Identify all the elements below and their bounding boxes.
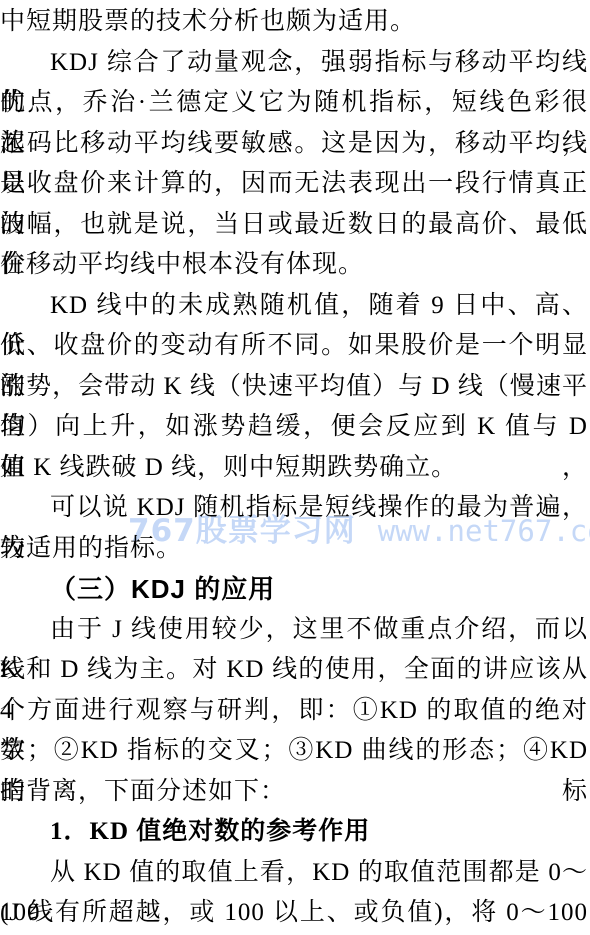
text-line: 以收盘价来计算的，因而无法表现出一段行情真正的 <box>0 164 588 205</box>
text-line: (J 线有所超越，或 100 以上、或负值)，将 0～100 之 <box>0 893 588 934</box>
text-line: 个方面进行观察与研判，即：①KD 的取值的绝对数 <box>0 691 588 732</box>
text-line: 价、收盘价的变动有所不同。如果股价是一个明显的 <box>0 326 588 367</box>
text-line: 优点，乔治·兰德定义它为随机指标，短线色彩很浓， <box>0 83 588 124</box>
text-line: KDJ 综合了动量观念，强弱指标与移动平均线的 <box>0 43 588 84</box>
text-line: 波幅，也就是说，当日或最近数日的最高价、最低价 <box>0 205 588 246</box>
text-line: 在移动平均线中根本没有体现。 <box>0 245 588 286</box>
sub-heading: 1．KD 值绝对数的参考作用 <box>0 812 588 853</box>
section-heading: （三）KDJ 的应用 <box>0 569 588 610</box>
book-page: 767股票学习网 www.net767.com 中短期股票的技术分析也颇为适用。… <box>0 0 590 935</box>
text-line: 起码比移动平均线要敏感。这是因为，移动平均线是 <box>0 124 588 165</box>
text-line: 字；②KD 指标的交叉；③KD 曲线的形态；④KD 指标 <box>0 731 588 772</box>
text-line: 由于 J 线使用较少，这里不做重点介绍，而以 K <box>0 610 588 651</box>
text-line: 从 KD 值的取值上看，KD 的取值范围都是 0～100 <box>0 853 588 894</box>
text-line: 可以说 KDJ 随机指标是短线操作的最为普遍，较 <box>0 488 588 529</box>
text-line: 为适用的指标。 <box>0 529 588 570</box>
text-line: 值）向上升，如涨势趋缓，便会反应到 K 值与 D 值， <box>0 407 588 448</box>
text-line: 线和 D 线为主。对 KD 线的使用，全面的讲应该从 4 <box>0 650 588 691</box>
page-text-column: 中短期股票的技术分析也颇为适用。 KDJ 综合了动量观念，强弱指标与移动平均线的… <box>0 0 588 934</box>
text-line: 涨势，会带动 K 线（快速平均值）与 D 线（慢速平均 <box>0 367 588 408</box>
text-line: KD 线中的未成熟随机值，随着 9 日中、高、低 <box>0 286 588 327</box>
text-line: 中短期股票的技术分析也颇为适用。 <box>0 2 588 43</box>
